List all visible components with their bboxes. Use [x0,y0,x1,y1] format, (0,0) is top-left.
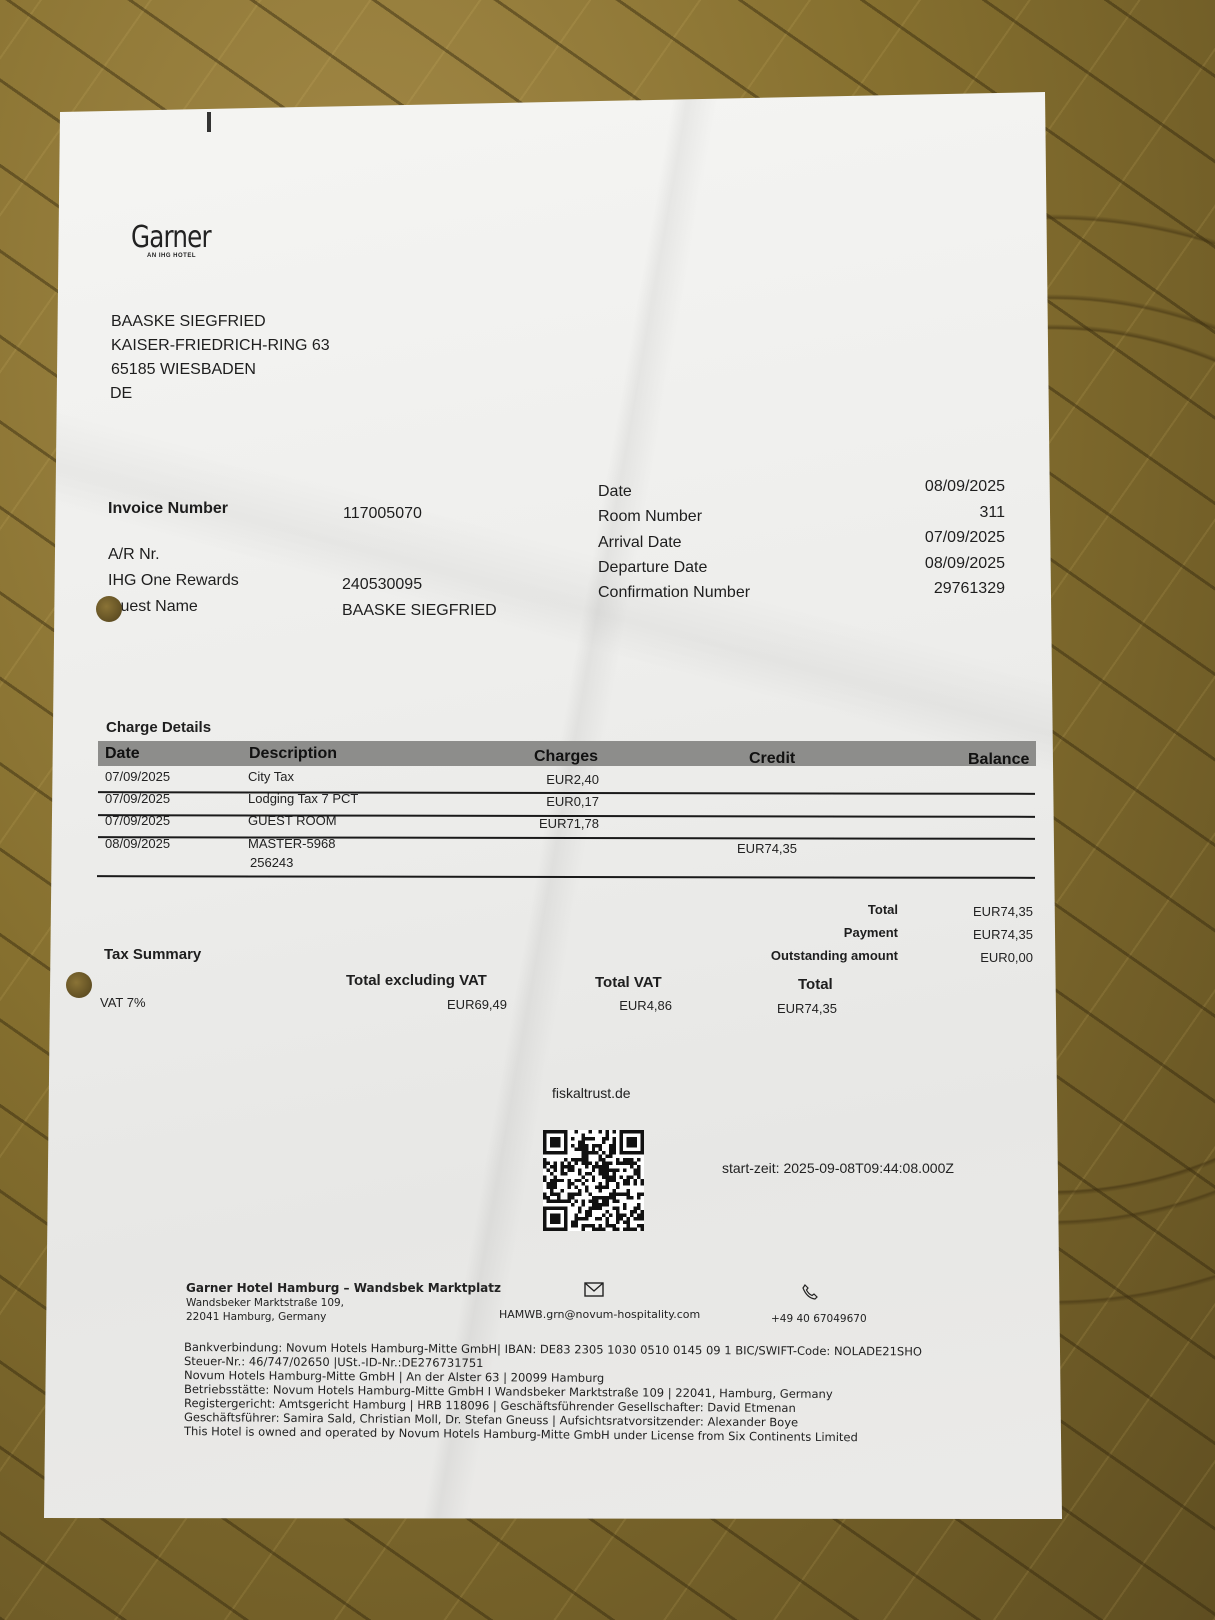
recipient-city: 65185 WIESBADEN [111,361,256,379]
row-credit: EUR74,35 [700,841,797,856]
departure-date: 08/09/2025 [880,555,1005,573]
footer-email[interactable]: HAMWB.grn@novum-hospitality.com [499,1308,700,1321]
fiscal-provider: fiskaltrust.de [552,1085,631,1101]
tax-header-vat: Total VAT [595,974,662,991]
row-charges: EUR2,40 [500,772,599,787]
departure-date-label: Departure Date [598,559,707,577]
recipient-street: KAISER-FRIEDRICH-RING 63 [111,337,330,355]
room-number-label: Room Number [598,508,702,526]
total-label: Total [720,902,898,917]
tax-header-total: Total [798,976,833,993]
footer-hotel-street: Wandsbeker Marktstraße 109, [186,1297,344,1309]
recipient-name: BAASKE SIEGFRIED [111,313,266,331]
ihg-rewards-label: IHG One Rewards [108,572,239,590]
header-balance: Balance [968,751,1029,769]
email-icon [584,1282,604,1302]
punch-hole [66,972,92,998]
header-charges: Charges [534,748,598,766]
recipient-country: DE [110,385,132,403]
row-description-ref: 256243 [250,855,293,870]
row-date: 07/09/2025 [105,769,170,784]
confirmation-number: 29761329 [880,580,1005,598]
tax-summary-title: Tax Summary [104,946,201,963]
header-date: Date [105,745,140,763]
tax-header-excl-vat: Total excluding VAT [346,972,487,989]
invoice-date: 08/09/2025 [880,478,1005,496]
row-charges: EUR0,17 [500,794,599,809]
total-amount: EUR74,35 [930,904,1033,919]
logo-wordmark: Garner [131,220,211,255]
vat-excl-amount: EUR69,49 [400,997,507,1012]
footer-hotel-city: 22041 Hamburg, Germany [186,1311,326,1323]
charge-table-header: Date Description Charges Credit Balance [98,741,1036,766]
header-credit: Credit [749,750,795,768]
invoice-number-label: Invoice Number [108,500,228,518]
vat-amount: EUR4,86 [580,998,672,1013]
fiscal-start-time: start-zeit: 2025-09-08T09:44:08.000Z [722,1160,954,1176]
fiscal-qr-code [543,1130,644,1231]
confirmation-number-label: Confirmation Number [598,584,750,602]
payment-label: Payment [720,925,898,940]
arrival-date-label: Arrival Date [598,534,682,552]
garner-logo: Garner AN IHG HOTEL [131,220,228,259]
outstanding-label: Outstanding amount [720,948,898,963]
punch-hole [96,596,122,622]
invoice-number: 117005070 [343,505,422,523]
vat-total-amount: EUR74,35 [777,1001,837,1016]
row-description: City Tax [248,769,294,784]
guest-name: BAASKE SIEGFRIED [342,602,497,620]
ar-label: A/R Nr. [108,546,160,564]
staple-mark [207,112,211,132]
vat-rate-label: VAT 7% [100,995,146,1010]
room-number: 311 [880,504,1005,522]
footer-phone[interactable]: +49 40 67049670 [771,1313,867,1325]
header-description: Description [249,745,337,763]
footer-hotel-name: Garner Hotel Hamburg – Wandsbek Marktpla… [186,1281,501,1295]
row-charges: EUR71,78 [500,816,599,831]
outstanding-amount: EUR0,00 [930,950,1033,965]
phone-icon [801,1283,819,1306]
payment-amount: EUR74,35 [930,927,1033,942]
date-label: Date [598,483,632,501]
charge-details-title: Charge Details [106,719,211,736]
arrival-date: 07/09/2025 [880,529,1005,547]
ihg-rewards-number: 240530095 [342,576,422,594]
